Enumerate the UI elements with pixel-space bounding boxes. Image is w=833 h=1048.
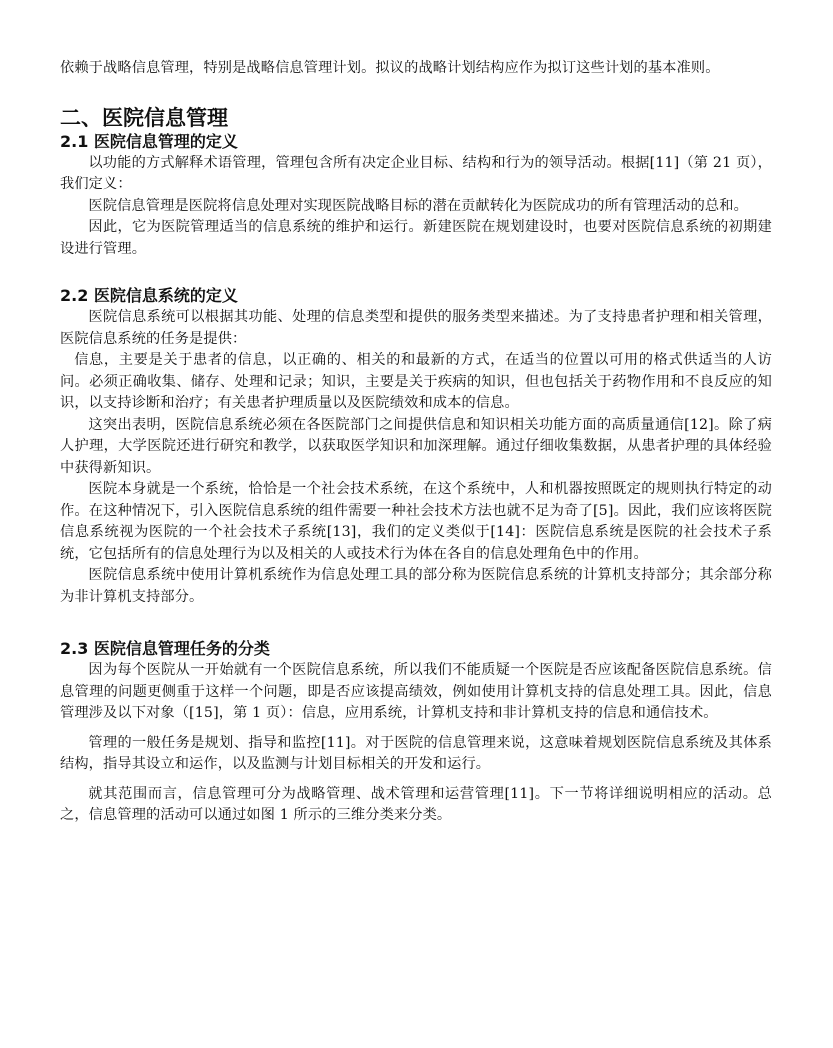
section-2-1-paragraph-2: 医院信息管理是医院将信息处理对实现医院战略目标的潜在贡献转化为医院成功的所有管理…	[60, 196, 772, 218]
section-2-2-paragraph-1: 医院信息系统可以根据其功能、处理的信息类型和提供的服务类型来描述。为了支持患者护…	[60, 307, 772, 350]
section-2-2-paragraph-3: 这突出表明，医院信息系统必须在各医院部门之间提供信息和知识相关功能方面的高质量通…	[60, 415, 772, 480]
section-2-2-title: 2.2 医院信息系统的定义	[60, 285, 772, 307]
spacer	[60, 608, 772, 638]
section-2-3-paragraph-1: 因为每个医院从一开始就有一个医院信息系统，所以我们不能质疑一个医院是否应该配备医…	[60, 660, 772, 725]
intro-paragraph: 依赖于战略信息管理，特别是战略信息管理计划。拟议的战略计划结构应作为拟订这些计划…	[60, 58, 772, 80]
section-2-1-paragraph-3: 因此，它为医院管理适当的信息系统的维护和运行。新建医院在规划建设时，也要对医院信…	[60, 217, 772, 260]
section-2-3-paragraph-3: 就其范围而言，信息管理可分为战略管理、战术管理和运营管理[11]。下一节将详细说…	[60, 784, 772, 827]
section-2-3-paragraph-2: 管理的一般任务是规划、指导和监控[11]。对于医院的信息管理来说，这意味着规划医…	[60, 733, 772, 776]
chapter-title: 二、医院信息管理	[60, 105, 772, 131]
section-2-3: 2.3 医院信息管理任务的分类 因为每个医院从一开始就有一个医院信息系统，所以我…	[60, 638, 772, 827]
section-2-1-title: 2.1 医院信息管理的定义	[60, 131, 772, 153]
section-2-2-paragraph-4: 医院本身就是一个系统，恰恰是一个社会技术系统，在这个系统中，人和机器按照既定的规…	[60, 479, 772, 565]
section-2-2: 2.2 医院信息系统的定义 医院信息系统可以根据其功能、处理的信息类型和提供的服…	[60, 285, 772, 608]
section-2-2-paragraph-5: 医院信息系统中使用计算机系统作为信息处理工具的部分称为医院信息系统的计算机支持部…	[60, 565, 772, 608]
section-2-3-title: 2.3 医院信息管理任务的分类	[60, 638, 772, 660]
spacer	[60, 776, 772, 784]
section-2-1: 2.1 医院信息管理的定义 以功能的方式解释术语管理，管理包含所有决定企业目标、…	[60, 131, 772, 261]
document-page: 依赖于战略信息管理，特别是战略信息管理计划。拟议的战略计划结构应作为拟订这些计划…	[60, 58, 772, 827]
spacer	[60, 80, 772, 105]
spacer	[60, 725, 772, 733]
section-2-1-paragraph-1: 以功能的方式解释术语管理，管理包含所有决定企业目标、结构和行为的领导活动。根据[…	[60, 153, 772, 196]
section-2-2-paragraph-2: 信息，主要是关于患者的信息，以正确的、相关的和最新的方式，在适当的位置以可用的格…	[60, 350, 772, 415]
spacer	[60, 260, 772, 285]
